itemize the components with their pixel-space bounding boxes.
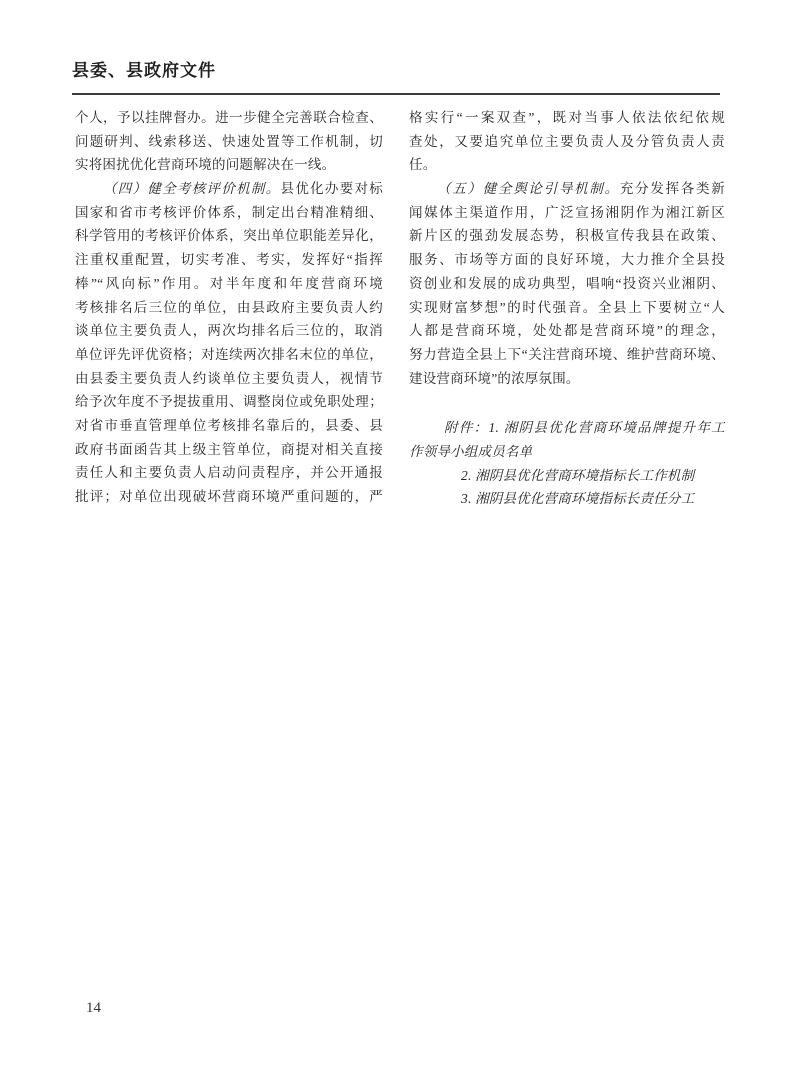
text-line: 个人，予以挂牌督办。进一步健全完善联合检查、 bbox=[75, 106, 383, 130]
body-text: 人都是营商环境，处处都是营商环境”的理念， bbox=[409, 323, 725, 338]
text-line: 闻媒体主渠道作用，广泛宣扬湘阴作为湘江新区 bbox=[409, 201, 725, 225]
text-line: 实将困扰优化营商环境的问题解决在一线。 bbox=[75, 153, 383, 177]
kaiti-text: 3. 湘阴县优化营商环境指标长责任分工 bbox=[461, 491, 694, 506]
text-line: （五）健全舆论引导机制。充分发挥各类新 bbox=[409, 177, 725, 201]
document-page: 县委、县政府文件 个人，予以挂牌督办。进一步健全完善联合检查、问题研判、线索移送… bbox=[0, 0, 793, 1077]
text-line: 给予次年度不予提拔重用、调整岗位或免职处理； bbox=[75, 390, 383, 414]
body-text: 棒”“风向标”作用。对半年度和年度营商环境 bbox=[75, 276, 383, 291]
body-text: 科学管用的考核评价体系，突出单位职能差异化， bbox=[75, 228, 383, 243]
kaiti-text: （五）健全舆论引导机制。 bbox=[437, 181, 620, 196]
kaiti-text: （四）健全考核评价机制。 bbox=[103, 181, 281, 196]
body-text: 新片区的强劲发展态势，积极宣传我县在政策、 bbox=[409, 228, 725, 243]
text-line: 新片区的强劲发展态势，积极宣传我县在政策、 bbox=[409, 224, 725, 248]
text-line: 考核排名后三位的单位，由县政府主要负责人约 bbox=[75, 296, 383, 320]
text-line: 谈单位主要负责人，两次均排名后三位的，取消 bbox=[75, 319, 383, 343]
body-text: 资创业和发展的成功典型，唱响“投资兴业湘阴、 bbox=[409, 276, 725, 291]
text-line: 对省市垂直管理单位考核排名靠后的，县委、县 bbox=[75, 414, 383, 438]
text-line: 责任人和主要负责人启动问责程序，并公开通报 bbox=[75, 461, 383, 485]
body-text: 单位评先评优资格；对连续两次排名末位的单位， bbox=[75, 347, 383, 362]
kaiti-text: 作领导小组成员名单 bbox=[409, 444, 532, 459]
text-line: 作领导小组成员名单 bbox=[409, 440, 725, 464]
text-line: 棒”“风向标”作用。对半年度和年度营商环境 bbox=[75, 272, 383, 296]
body-text: 查处，又要追究单位主要负责人及分管负责人责 bbox=[409, 134, 725, 149]
text-line: 政府书面函告其上级主管单位，商提对相关直接 bbox=[75, 438, 383, 462]
text-line: 努力营造全县上下“关注营商环境、维护营商环境、 bbox=[409, 343, 725, 367]
text-line: 单位评先评优资格；对连续两次排名末位的单位， bbox=[75, 343, 383, 367]
text-line: 批评；对单位出现破坏营商环境严重问题的，严 bbox=[75, 485, 383, 509]
body-text: 谈单位主要负责人，两次均排名后三位的，取消 bbox=[75, 323, 383, 338]
text-line: 实现财富梦想”的时代强音。全县上下要树立“人 bbox=[409, 296, 725, 320]
text-line: 科学管用的考核评价体系，突出单位职能差异化， bbox=[75, 224, 383, 248]
left-column: 个人，予以挂牌督办。进一步健全完善联合检查、问题研判、线索移送、快速处置等工作机… bbox=[75, 106, 383, 509]
body-text: 国家和省市考核评价体系，制定出台精准精细、 bbox=[75, 205, 383, 220]
header-title: 县委、县政府文件 bbox=[72, 58, 722, 84]
body-text: 实现财富梦想”的时代强音。全县上下要树立“人 bbox=[409, 300, 725, 315]
text-line: 查处，又要追究单位主要负责人及分管负责人责 bbox=[409, 130, 725, 154]
body-text: 问题研判、线索移送、快速处置等工作机制，切 bbox=[75, 134, 383, 149]
body-text: 任。 bbox=[409, 157, 436, 172]
header-rule bbox=[72, 93, 720, 95]
body-text: 建设营商环境”的浓厚氛围。 bbox=[409, 371, 580, 386]
text-line: 格实行“一案双查”，既对当事人依法依纪依规 bbox=[409, 106, 725, 130]
text-line: 注重权重配置，切实考准、考实，发挥好“指挥 bbox=[75, 248, 383, 272]
body-text: 充分发挥各类新 bbox=[620, 181, 725, 196]
text-line: 服务、市场等方面的良好环境，大力推介全县投 bbox=[409, 248, 725, 272]
body-text: 注重权重配置，切实考准、考实，发挥好“指挥 bbox=[75, 252, 383, 267]
body-text: 县优化办要对标 bbox=[281, 181, 383, 196]
body-text: 责任人和主要负责人启动问责程序，并公开通报 bbox=[75, 465, 383, 480]
body-text: 政府书面函告其上级主管单位，商提对相关直接 bbox=[75, 442, 383, 457]
text-line: 问题研判、线索移送、快速处置等工作机制，切 bbox=[75, 130, 383, 154]
text-line: 3. 湘阴县优化营商环境指标长责任分工 bbox=[409, 487, 725, 511]
text-line: 附件：1. 湘阴县优化营商环境品牌提升年工 bbox=[409, 416, 725, 440]
body-text: 闻媒体主渠道作用，广泛宣扬湘阴作为湘江新区 bbox=[409, 205, 725, 220]
text-line: 国家和省市考核评价体系，制定出台精准精细、 bbox=[75, 201, 383, 225]
right-column: 格实行“一案双查”，既对当事人依法依纪依规查处，又要追究单位主要负责人及分管负责… bbox=[409, 106, 725, 511]
text-line: 资创业和发展的成功典型，唱响“投资兴业湘阴、 bbox=[409, 272, 725, 296]
body-text: 个人，予以挂牌督办。进一步健全完善联合检查、 bbox=[75, 110, 383, 125]
body-text: 给予次年度不予提拔重用、调整岗位或免职处理； bbox=[75, 394, 383, 409]
text-line: 建设营商环境”的浓厚氛围。 bbox=[409, 367, 725, 391]
document-header: 县委、县政府文件 bbox=[72, 58, 722, 95]
body-text: 由县委主要负责人约谈单位主要负责人，视情节 bbox=[75, 371, 383, 386]
kaiti-text: 附件：1. 湘阴县优化营商环境品牌提升年工 bbox=[444, 420, 725, 435]
body-text: 对省市垂直管理单位考核排名靠后的，县委、县 bbox=[75, 418, 383, 433]
page-number: 14 bbox=[86, 1000, 101, 1017]
body-text: 批评；对单位出现破坏营商环境严重问题的，严 bbox=[75, 489, 383, 504]
text-line: 任。 bbox=[409, 153, 725, 177]
body-text: 努力营造全县上下“关注营商环境、维护营商环境、 bbox=[409, 347, 725, 362]
text-line: （四）健全考核评价机制。县优化办要对标 bbox=[75, 177, 383, 201]
body-text: 格实行“一案双查”，既对当事人依法依纪依规 bbox=[409, 110, 725, 125]
body-text: 实将困扰优化营商环境的问题解决在一线。 bbox=[75, 157, 335, 172]
text-line: 人都是营商环境，处处都是营商环境”的理念， bbox=[409, 319, 725, 343]
body-text: 服务、市场等方面的良好环境，大力推介全县投 bbox=[409, 252, 725, 267]
kaiti-text: 2. 湘阴县优化营商环境指标长工作机制 bbox=[461, 468, 694, 483]
body-text: 考核排名后三位的单位，由县政府主要负责人约 bbox=[75, 300, 383, 315]
text-line: 由县委主要负责人约谈单位主要负责人，视情节 bbox=[75, 367, 383, 391]
text-line: 2. 湘阴县优化营商环境指标长工作机制 bbox=[409, 464, 725, 488]
